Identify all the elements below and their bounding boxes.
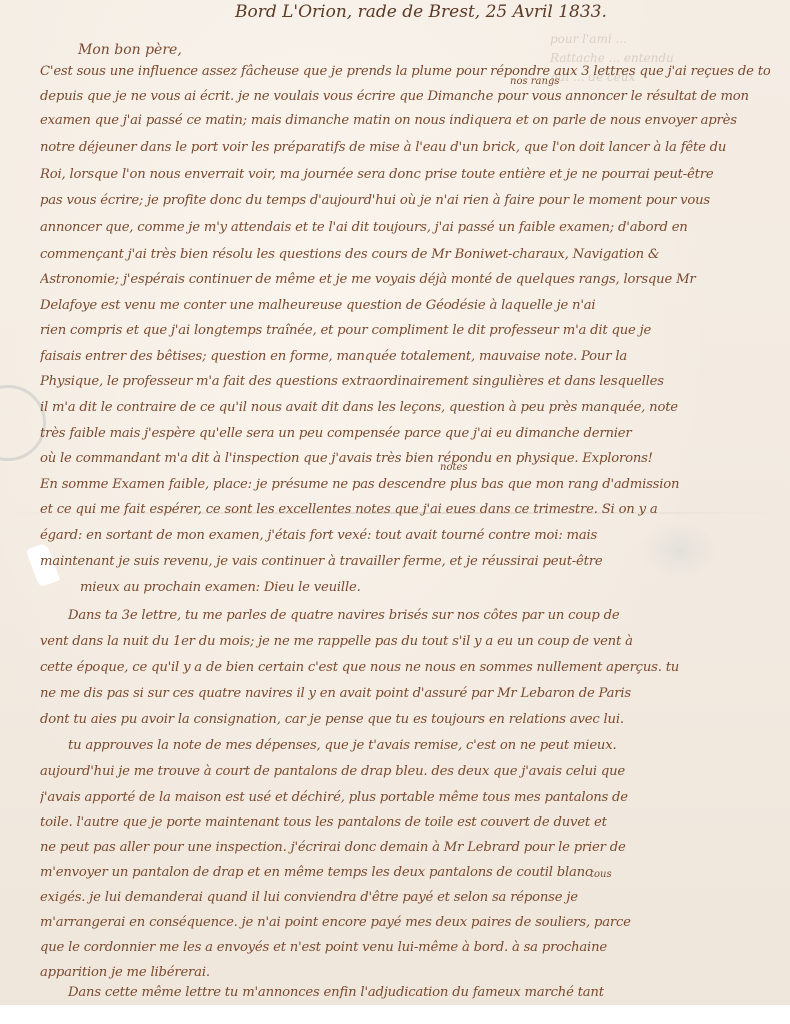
letter-line: depuis que je ne vous ai écrit. je ne vo… (40, 89, 770, 104)
letter-line: dont tu aies pu avoir la consignation, c… (40, 712, 770, 727)
letter-line: mieux au prochain examen: Dieu le veuill… (80, 580, 790, 595)
letter-line: exigés. je lui demanderai quand il lui c… (40, 890, 770, 905)
letter-line: En somme Examen faible, place: je présum… (40, 477, 770, 492)
salutation: Mon bon père, (78, 42, 182, 58)
letter-line: m'envoyer un pantalon de drap et en même… (40, 865, 770, 880)
letter-line: Delafoye est venu me conter une malheure… (40, 298, 770, 313)
letter-line: maintenant je suis revenu, je vais conti… (40, 554, 770, 569)
letter-line: Dans ta 3e lettre, tu me parles de quatr… (40, 608, 790, 623)
letter-line: cette époque, ce qu'il y a de bien certa… (40, 660, 770, 675)
letter-line: vent dans la nuit du 1er du mois; je ne … (40, 634, 770, 649)
letter-heading: Bord L'Orion, rade de Brest, 25 Avril 18… (235, 2, 607, 22)
letter-line: faisais entrer des bêtises; question en … (40, 349, 770, 364)
letter-line: ne me dis pas si sur ces quatre navires … (40, 686, 770, 701)
letter-line: Roi, lorsque l'on nous enverrait voir, m… (40, 167, 770, 182)
letter-line: tu approuves la note de mes dépenses, qu… (40, 738, 790, 753)
letter-line: que le cordonnier me les a envoyés et n'… (40, 940, 770, 955)
bleed-line: pour l'ami ... (550, 30, 750, 49)
letter-line: égard: en sortant de mon examen, j'étais… (40, 528, 770, 543)
letter-line: Physique, le professeur m'a fait des que… (40, 374, 770, 389)
letter-line: et ce qui me fait espérer, ce sont les e… (40, 502, 770, 517)
letter-line: m'arrangerai en conséquence. je n'ai poi… (40, 915, 770, 930)
letter-line: examen que j'ai passé ce matin; mais dim… (40, 113, 770, 128)
letter-line: pas vous écrire; je profite donc du temp… (40, 193, 770, 208)
letter-line: commençant j'ai très bien résolu les que… (40, 247, 770, 262)
letter-line: toile. l'autre que je porte maintenant t… (40, 815, 770, 830)
letter-line: C'est sous une influence assez fâcheuse … (40, 64, 770, 79)
letter-line: ne peut pas aller pour une inspection. j… (40, 840, 770, 855)
letter-line: apparition je me libérerai. (40, 965, 770, 980)
letter-line: aujourd'hui je me trouve à court de pant… (40, 764, 770, 779)
letter-line: annoncer que, comme je m'y attendais et … (40, 220, 770, 235)
letter-line: rien compris et que j'ai longtemps traîn… (40, 323, 770, 338)
letter-line: très faible mais j'espère qu'elle sera u… (40, 426, 770, 441)
letter-line: j'avais apporté de la maison est usé et … (40, 790, 770, 805)
letter-line: il m'a dit le contraire de ce qu'il nous… (40, 400, 770, 415)
letter-line: Astronomie; j'espérais continuer de même… (40, 272, 770, 287)
letter-line: où le commandant m'a dit à l'inspection … (40, 451, 770, 466)
page-bottom-edge (0, 1005, 790, 1024)
letter-line: notre déjeuner dans le port voir les pré… (40, 140, 770, 155)
letter-line: Dans cette même lettre tu m'annonces enf… (40, 985, 790, 1000)
